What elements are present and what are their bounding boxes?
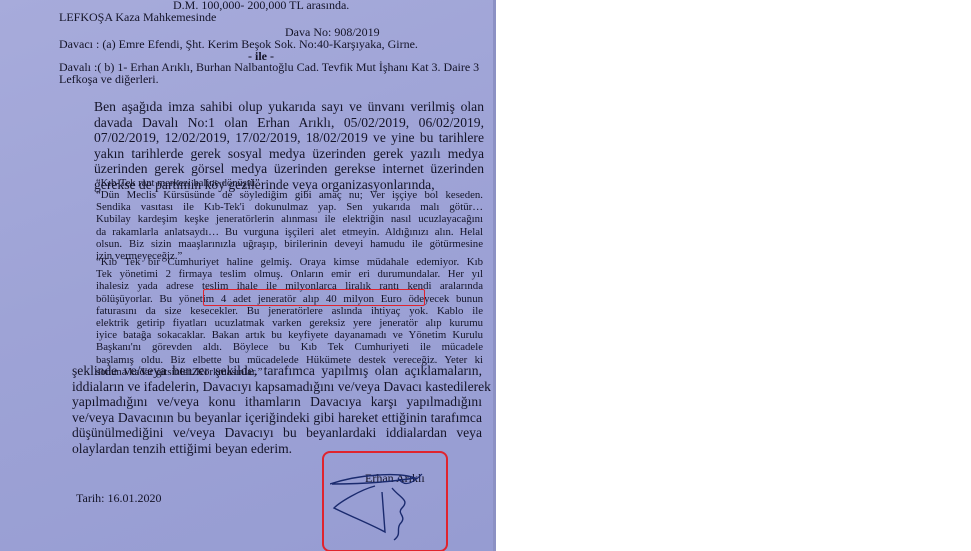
text-line: üzerinden gerek görsel medya üzerinden g…: [94, 161, 484, 177]
text-line: da rakamlarla anlatsaydı… Bu vurguna işç…: [96, 226, 483, 238]
text-line: Tek yönetimi 2 firmaya teslim olmuş. Onl…: [96, 268, 483, 280]
quote-title: “Kıb-Tek rant merkezi haline dönüştü”: [96, 178, 260, 189]
highlight-box: [203, 289, 425, 306]
text-line: “Kıb Tek bir Cumhuriyet haline gelmiş. O…: [96, 256, 483, 268]
text-line: yakın tarihlerde gerek sosyal medya üzer…: [94, 146, 484, 162]
defendant-line-2: Lefkoşa ve diğerleri.: [59, 72, 159, 87]
signature: [330, 472, 440, 544]
text-line: düşünülmediğini ve/veya Davacıyı bu beya…: [72, 425, 482, 441]
text-line: Başkanı'nı görevden aldı. Böylece bu Kıb…: [96, 341, 483, 353]
text-line: yapılmadığını ve/veya konu ithamların Da…: [72, 394, 482, 410]
text-line: faturasını da size kesecekler. Bu jenera…: [96, 305, 483, 317]
text-line: 07/02/2019, 12/02/2019, 17/02/2019, 18/0…: [94, 130, 484, 146]
text-line: şeklinde ve/veya benzer şekilde, tarafım…: [72, 363, 482, 379]
text-line: iddiaların ve ifadelerin, Davacıyı kapsa…: [72, 379, 482, 395]
text-line: davada Davalı No:1 olan Erhan Arıklı, 05…: [94, 115, 484, 131]
text-line: Sendika vasıtası ile Kıb-Tek'i dokunulma…: [96, 201, 483, 213]
date: Tarih: 16.01.2020: [76, 491, 161, 506]
text-line: iyice batağa sokacaklar. Bakan artık bu …: [96, 329, 483, 341]
text-line: “Dün Meclis Kürsüsünde de söylediğim gib…: [96, 189, 483, 201]
plaintiff: Davacı : (a) Emre Efendi, Şht. Kerim Beş…: [59, 37, 418, 52]
text-line: Ben aşağıda imza sahibi olup yukarıda sa…: [94, 99, 484, 115]
text-line: Kubilay kardeşim keşke jeneratörlerin al…: [96, 213, 483, 225]
text-line: olaylardan tenzih ettiğimi beyan ederim.: [72, 441, 292, 457]
text-line: ve/veya Davacının bu beyanlar içeriğinde…: [72, 410, 482, 426]
scanned-document: D.M. 100,000- 200,000 TL arasında. LEFKO…: [0, 0, 496, 551]
text-line: elektrik getirip fiyatları ucuzlatmak va…: [96, 317, 483, 329]
text-line: olsun. Biz sizin maaşlarınızla uğraşıp, …: [96, 238, 483, 250]
court-name: LEFKOŞA Kaza Mahkemesinde: [59, 10, 216, 25]
